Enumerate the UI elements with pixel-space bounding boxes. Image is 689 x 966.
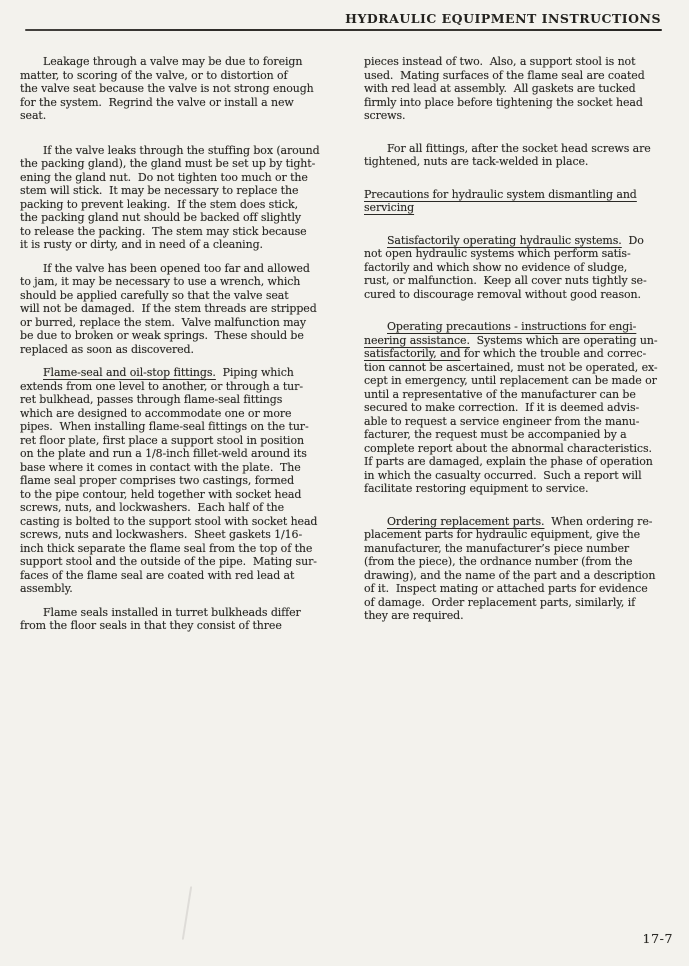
- text-segment: of damage. Order replacement parts, simi…: [364, 596, 635, 609]
- text-segment: the packing gland), the gland must be se…: [20, 157, 315, 170]
- text-line: assembly.: [20, 582, 356, 596]
- text-segment: to jam, it may be necessary to use a wre…: [20, 275, 300, 288]
- text-line: be due to broken or weak springs. These …: [20, 329, 356, 343]
- text-line: the packing gland), the gland must be se…: [20, 157, 356, 171]
- text-line: replaced as soon as discovered.: [20, 343, 356, 357]
- text-segment: they are required.: [364, 609, 463, 622]
- text-line: rust, or malfunction. Keep all cover nut…: [364, 274, 686, 288]
- text-segment: Systems which are operating un-: [470, 334, 658, 347]
- text-line: Flame-seal and oil-stop fittings. Piping…: [20, 366, 356, 380]
- text-segment: inch thick separate the flame seal from …: [20, 542, 312, 555]
- text-line: facilitate restoring equipment to servic…: [364, 482, 686, 496]
- text-line: placement parts for hydraulic equipment,…: [364, 528, 686, 542]
- text-segment: ret floor plate, first place a support s…: [20, 434, 304, 447]
- text-segment: For all fittings, after the socket head …: [387, 142, 651, 155]
- text-line: screws, nuts and lockwashers. Sheet gask…: [20, 528, 356, 542]
- text-line: pipes. When installing flame-seal fittin…: [20, 420, 356, 434]
- header-rule: [25, 29, 662, 31]
- text-line: If parts are damaged, explain the phase …: [364, 455, 686, 469]
- text-segment: base where it comes in contact with the …: [20, 461, 301, 474]
- text-line: with red lead at assembly. All gaskets a…: [364, 82, 686, 96]
- text-segment: packing to prevent leaking. If the stem …: [20, 198, 298, 211]
- text-line: screws, nuts, and lockwashers. Each half…: [20, 501, 356, 515]
- text-line: complete report about the abnormal chara…: [364, 442, 686, 456]
- text-line: until a representative of the manufactur…: [364, 388, 686, 402]
- text-segment: faces of the flame seal are coated with …: [20, 569, 294, 582]
- text-segment: to the pipe contour, held together with …: [20, 488, 301, 501]
- text-segment: for the system. Regrind the valve or ins…: [20, 96, 294, 109]
- text-segment: be due to broken or weak springs. These …: [20, 329, 304, 342]
- text-segment: casting is bolted to the support stool w…: [20, 515, 317, 528]
- text-line: Operating precautions - instructions for…: [364, 320, 686, 334]
- text-segment: the valve seat because the valve is not …: [20, 82, 314, 95]
- text-line: tion cannot be ascertained, must not be …: [364, 361, 686, 375]
- text-line: Flame seals installed in turret bulkhead…: [20, 606, 356, 620]
- text-segment: facturer, the request must be accompanie…: [364, 428, 627, 441]
- text-segment: (from the piece), the ordnance number (f…: [364, 555, 632, 568]
- text-line: which are designed to accommodate one or…: [20, 407, 356, 421]
- text-segment: ening the gland nut. Do not tighten too …: [20, 171, 308, 184]
- text-segment: will not be damaged. If the stem threads…: [20, 302, 317, 315]
- text-segment: seat.: [20, 109, 46, 122]
- text-line: will not be damaged. If the stem threads…: [20, 302, 356, 316]
- text-segment: replaced as soon as discovered.: [20, 343, 194, 356]
- text-line: they are required.: [364, 609, 686, 623]
- page-header-title: HYDRAULIC EQUIPMENT INSTRUCTIONS: [345, 11, 661, 26]
- para-stuffing-box-leak: If the valve leaks through the stuffing …: [20, 144, 356, 252]
- text-line: it is rusty or dirty, and in need of a c…: [20, 238, 356, 252]
- text-segment: matter, to scoring of the valve, or to d…: [20, 69, 288, 82]
- text-segment: If parts are damaged, explain the phase …: [364, 455, 653, 468]
- text-line: Precautions for hydraulic system dismant…: [364, 188, 686, 202]
- page-number: 17-7: [643, 931, 673, 946]
- text-segment: cept in emergency, until replacement can…: [364, 374, 657, 387]
- left-text-column: Leakage through a valve may be due to fo…: [20, 55, 356, 643]
- text-segment: support stool and the outside of the pip…: [20, 555, 317, 568]
- text-line: Ordering replacement parts. When orderin…: [364, 515, 686, 529]
- text-segment: When ordering re-: [544, 515, 652, 528]
- para-valve-jammed: If the valve has been opened too far and…: [20, 262, 356, 357]
- text-segment: tion cannot be ascertained, must not be …: [364, 361, 658, 374]
- text-line: to the pipe contour, held together with …: [20, 488, 356, 502]
- text-line: drawing), and the name of the part and a…: [364, 569, 686, 583]
- text-segment: pieces instead of two. Also, a support s…: [364, 55, 635, 68]
- text-segment: If the valve has been opened too far and…: [43, 262, 310, 275]
- text-segment: Flame seals installed in turret bulkhead…: [43, 606, 301, 619]
- text-segment: should be applied carefully so that the …: [20, 289, 289, 302]
- text-line: For all fittings, after the socket head …: [364, 142, 686, 156]
- text-line: flame seal proper comprises two castings…: [20, 474, 356, 488]
- text-line: faces of the flame seal are coated with …: [20, 569, 356, 583]
- text-line: should be applied carefully so that the …: [20, 289, 356, 303]
- manual-page: HYDRAULIC EQUIPMENT INSTRUCTIONS Leakage…: [0, 0, 689, 966]
- text-line: pieces instead of two. Also, a support s…: [364, 55, 686, 69]
- text-line: not open hydraulic systems which perform…: [364, 247, 686, 261]
- text-line: Satisfactorily operating hydraulic syste…: [364, 234, 686, 248]
- text-line: the valve seat because the valve is not …: [20, 82, 356, 96]
- para-satisfactory-systems: Satisfactorily operating hydraulic syste…: [364, 234, 686, 302]
- text-segment: manufacturer, the manufacturer’s piece n…: [364, 542, 629, 555]
- text-line: If the valve leaks through the stuffing …: [20, 144, 356, 158]
- text-segment: complete report about the abnormal chara…: [364, 442, 652, 455]
- text-segment: to release the packing. The stem may sti…: [20, 225, 307, 238]
- text-line: of it. Inspect mating or attached parts …: [364, 582, 686, 596]
- text-segment: screws, nuts, and lockwashers. Each half…: [20, 501, 284, 514]
- text-line: cured to discourage removal without good…: [364, 288, 686, 302]
- text-segment: or burred, replace the stem. Valve malfu…: [20, 316, 306, 329]
- text-line: manufacturer, the manufacturer’s piece n…: [364, 542, 686, 556]
- text-line: ening the gland nut. Do not tighten too …: [20, 171, 356, 185]
- para-flame-seal-fittings: Flame-seal and oil-stop fittings. Piping…: [20, 366, 356, 596]
- text-segment: Leakage through a valve may be due to fo…: [43, 55, 302, 68]
- text-line: If the valve has been opened too far and…: [20, 262, 356, 276]
- text-segment: Piping which: [216, 366, 294, 379]
- text-line: in which the casualty occurred. Such a r…: [364, 469, 686, 483]
- underlined-text: satisfactorily, and: [364, 347, 460, 360]
- text-segment: cured to discourage removal without good…: [364, 288, 641, 301]
- text-line: ret bulkhead, passes through flame-seal …: [20, 393, 356, 407]
- text-line: matter, to scoring of the valve, or to d…: [20, 69, 356, 83]
- text-segment: screws, nuts and lockwashers. Sheet gask…: [20, 528, 302, 541]
- text-line: stem will stick. It may be necessary to …: [20, 184, 356, 198]
- text-line: tightened, nuts are tack-welded in place…: [364, 155, 686, 169]
- text-segment: in which the casualty occurred. Such a r…: [364, 469, 642, 482]
- text-segment: of it. Inspect mating or attached parts …: [364, 582, 648, 595]
- text-line: extends from one level to another, or th…: [20, 380, 356, 394]
- underlined-text: Satisfactorily operating hydraulic syste…: [387, 234, 622, 247]
- text-line: neering assistance. Systems which are op…: [364, 334, 686, 348]
- text-segment: assembly.: [20, 582, 73, 595]
- text-line: on the plate and run a 1/8-inch fillet-w…: [20, 447, 356, 461]
- text-line: the packing gland nut should be backed o…: [20, 211, 356, 225]
- text-segment: Do: [622, 234, 644, 247]
- text-segment: extends from one level to another, or th…: [20, 380, 303, 393]
- text-segment: If the valve leaks through the stuffing …: [43, 144, 320, 157]
- text-line: seat.: [20, 109, 356, 123]
- text-line: screws.: [364, 109, 686, 123]
- underlined-text: servicing: [364, 201, 414, 214]
- text-line: satisfactorily, and for which the troubl…: [364, 347, 686, 361]
- text-line: able to request a service engineer from …: [364, 415, 686, 429]
- text-line: to jam, it may be necessary to use a wre…: [20, 275, 356, 289]
- text-segment: from the floor seals in that they consis…: [20, 619, 282, 632]
- text-segment: which are designed to accommodate one or…: [20, 407, 291, 420]
- text-segment: the packing gland nut should be backed o…: [20, 211, 301, 224]
- text-line: (from the piece), the ordnance number (f…: [364, 555, 686, 569]
- para-bulkhead-seals: Flame seals installed in turret bulkhead…: [20, 606, 356, 633]
- text-line: secured to make correction. If it is dee…: [364, 401, 686, 415]
- para-tack-welded-nuts: For all fittings, after the socket head …: [364, 142, 686, 169]
- text-segment: with red lead at assembly. All gaskets a…: [364, 82, 636, 95]
- text-line: casting is bolted to the support stool w…: [20, 515, 356, 529]
- text-line: ret floor plate, first place a support s…: [20, 434, 356, 448]
- para-operating-precautions: Operating precautions - instructions for…: [364, 320, 686, 496]
- text-line: used. Mating surfaces of the flame seal …: [364, 69, 686, 83]
- text-segment: firmly into place before tightening the …: [364, 96, 643, 109]
- text-line: support stool and the outside of the pip…: [20, 555, 356, 569]
- text-segment: pipes. When installing flame-seal fittin…: [20, 420, 309, 433]
- underlined-text: Ordering replacement parts.: [387, 515, 544, 528]
- text-line: packing to prevent leaking. If the stem …: [20, 198, 356, 212]
- text-line: or burred, replace the stem. Valve malfu…: [20, 316, 356, 330]
- text-line: of damage. Order replacement parts, simi…: [364, 596, 686, 610]
- text-segment: ret bulkhead, passes through flame-seal …: [20, 393, 282, 406]
- underlined-text: neering assistance.: [364, 334, 470, 347]
- text-segment: screws.: [364, 109, 405, 122]
- text-segment: placement parts for hydraulic equipment,…: [364, 528, 640, 541]
- para-bulkhead-seals-continued: pieces instead of two. Also, a support s…: [364, 55, 686, 123]
- text-line: cept in emergency, until replacement can…: [364, 374, 686, 388]
- text-segment: on the plate and run a 1/8-inch fillet-w…: [20, 447, 307, 460]
- text-line: Leakage through a valve may be due to fo…: [20, 55, 356, 69]
- underlined-text: Operating precautions - instructions for…: [387, 320, 636, 333]
- text-line: for the system. Regrind the valve or ins…: [20, 96, 356, 110]
- text-line: firmly into place before tightening the …: [364, 96, 686, 110]
- heading-precautions: Precautions for hydraulic system dismant…: [364, 188, 686, 215]
- text-line: factorily and which show no evidence of …: [364, 261, 686, 275]
- text-segment: it is rusty or dirty, and in need of a c…: [20, 238, 263, 251]
- underlined-text: Flame-seal and oil-stop fittings.: [43, 366, 216, 379]
- scan-artifact: [182, 886, 192, 940]
- text-line: servicing: [364, 201, 686, 215]
- text-line: base where it comes in contact with the …: [20, 461, 356, 475]
- right-text-column: pieces instead of two. Also, a support s…: [364, 55, 686, 642]
- underlined-text: Precautions for hydraulic system dismant…: [364, 188, 637, 201]
- text-line: facturer, the request must be accompanie…: [364, 428, 686, 442]
- text-line: from the floor seals in that they consis…: [20, 619, 356, 633]
- text-segment: secured to make correction. If it is dee…: [364, 401, 639, 414]
- text-segment: rust, or malfunction. Keep all cover nut…: [364, 274, 647, 287]
- text-segment: used. Mating surfaces of the flame seal …: [364, 69, 645, 82]
- text-segment: not open hydraulic systems which perform…: [364, 247, 631, 260]
- text-segment: stem will stick. It may be necessary to …: [20, 184, 298, 197]
- para-ordering-parts: Ordering replacement parts. When orderin…: [364, 515, 686, 623]
- text-segment: until a representative of the manufactur…: [364, 388, 636, 401]
- text-segment: facilitate restoring equipment to servic…: [364, 482, 588, 495]
- para-valve-leakage: Leakage through a valve may be due to fo…: [20, 55, 356, 123]
- text-line: to release the packing. The stem may sti…: [20, 225, 356, 239]
- text-segment: factorily and which show no evidence of …: [364, 261, 627, 274]
- text-segment: drawing), and the name of the part and a…: [364, 569, 655, 582]
- text-segment: for which the trouble and correc-: [460, 347, 646, 360]
- text-segment: able to request a service engineer from …: [364, 415, 639, 428]
- text-segment: flame seal proper comprises two castings…: [20, 474, 294, 487]
- text-line: inch thick separate the flame seal from …: [20, 542, 356, 556]
- text-segment: tightened, nuts are tack-welded in place…: [364, 155, 588, 168]
